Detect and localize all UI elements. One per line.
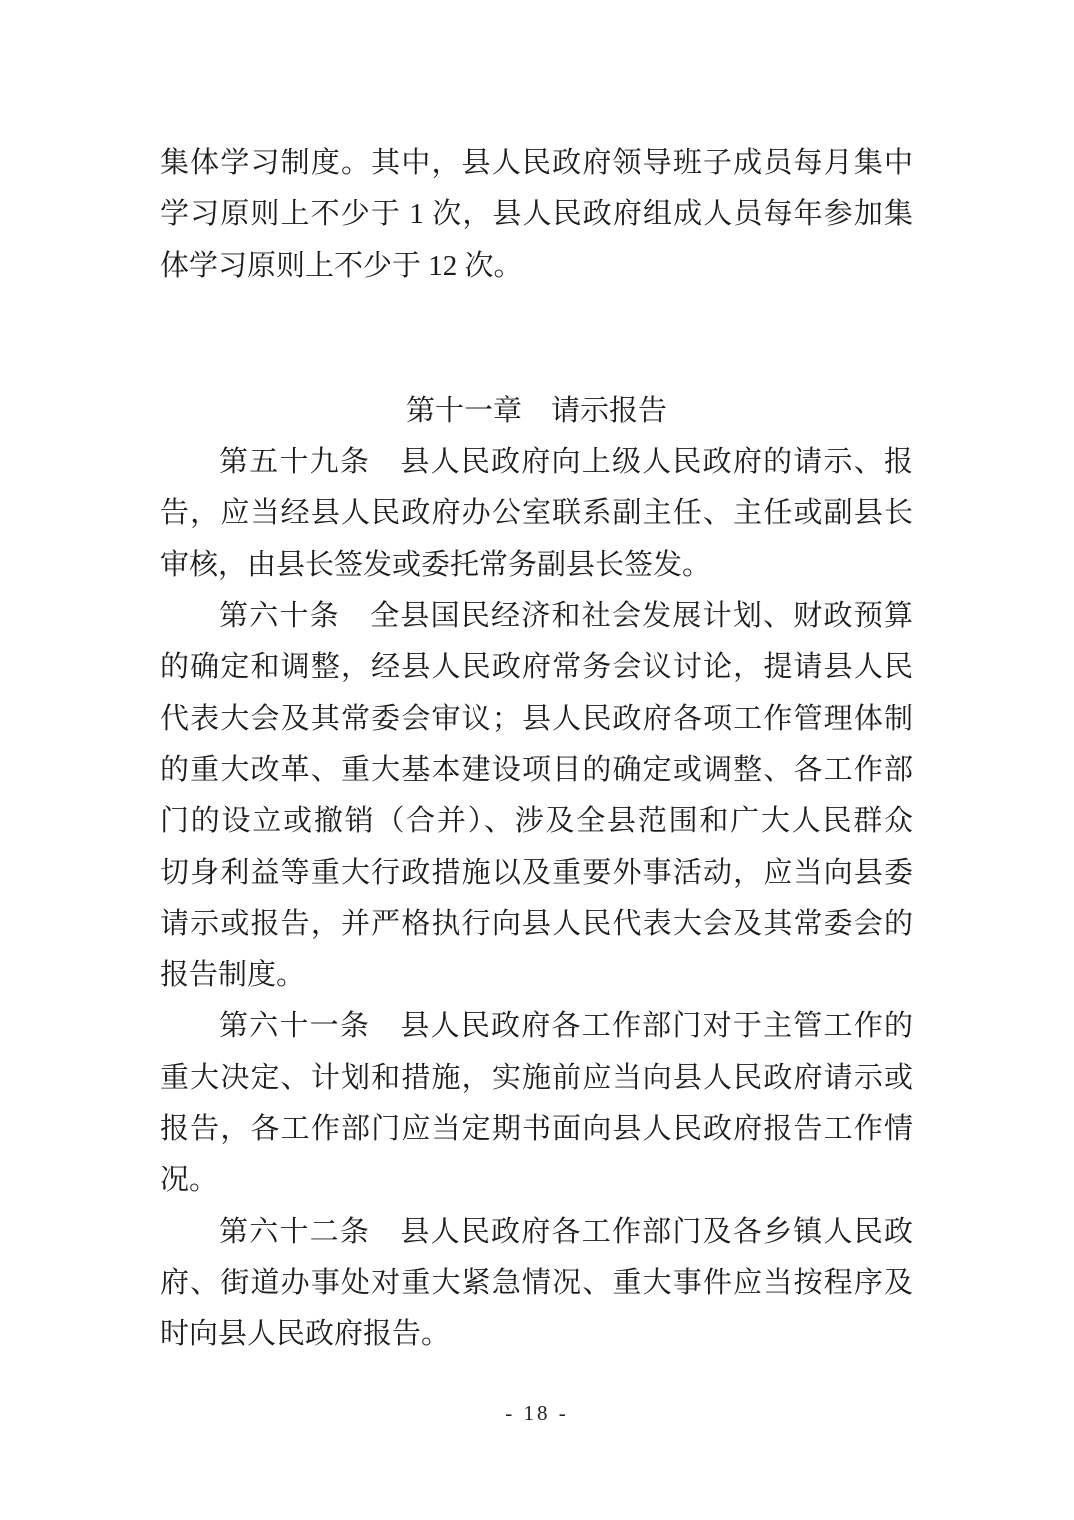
text-line: 第六十二条 县人民政府各工作部门及各乡镇人民政 — [160, 1207, 913, 1258]
text-line: 告，应当经县人民政府办公室联系副主任、主任或副县长 — [160, 488, 913, 539]
article-60: 第六十条 全县国民经济和社会发展计划、财政预算 的确定和调整，经县人民政府常务会… — [160, 591, 913, 1001]
text-line: 第六十条 全县国民经济和社会发展计划、财政预算 — [160, 591, 913, 642]
text-line: 第五十九条 县人民政府向上级人民政府的请示、报 — [160, 437, 913, 488]
text-line: 体学习原则上不少于 12 次。 — [160, 241, 913, 292]
page-number: - 18 - — [505, 1401, 569, 1425]
text-line: 重大决定、计划和措施，实施前应当向县人民政府请示或 — [160, 1053, 913, 1104]
text-line: 府、街道办事处对重大紧急情况、重大事件应当按程序及 — [160, 1258, 913, 1309]
text-line: 报告制度。 — [160, 950, 913, 1001]
article-61: 第六十一条 县人民政府各工作部门对于主管工作的 重大决定、计划和措施，实施前应当… — [160, 1001, 913, 1206]
text-line: 集体学习制度。其中，县人民政府领导班子成员每月集中 — [160, 138, 913, 189]
intro-paragraph: 集体学习制度。其中，县人民政府领导班子成员每月集中 学习原则上不少于 1 次，县… — [160, 138, 913, 292]
page-footer: - 18 - — [0, 1398, 1074, 1428]
text-line: 代表大会及其常委会审议；县人民政府各项工作管理体制 — [160, 694, 913, 745]
text-line: 况。 — [160, 1155, 913, 1206]
text-line: 学习原则上不少于 1 次，县人民政府组成人员每年参加集 — [160, 189, 913, 240]
chapter-heading: 第十一章 请示报告 — [160, 386, 913, 437]
text-line: 请示或报告，并严格执行向县人民代表大会及其常委会的 — [160, 899, 913, 950]
article-62: 第六十二条 县人民政府各工作部门及各乡镇人民政 府、街道办事处对重大紧急情况、重… — [160, 1207, 913, 1361]
text-line: 切身利益等重大行政措施以及重要外事活动，应当向县委 — [160, 848, 913, 899]
text-line: 门的设立或撤销（合并）、涉及全县范围和广大人民群众 — [160, 796, 913, 847]
text-line: 第六十一条 县人民政府各工作部门对于主管工作的 — [160, 1001, 913, 1052]
text-line: 报告，各工作部门应当定期书面向县人民政府报告工作情 — [160, 1104, 913, 1155]
text-line: 的确定和调整，经县人民政府常务会议讨论，提请县人民 — [160, 642, 913, 693]
document-body: 集体学习制度。其中，县人民政府领导班子成员每月集中 学习原则上不少于 1 次，县… — [160, 138, 913, 1361]
text-line: 时向县人民政府报告。 — [160, 1309, 913, 1360]
document-page: 集体学习制度。其中，县人民政府领导班子成员每月集中 学习原则上不少于 1 次，县… — [0, 0, 1074, 1520]
vertical-spacer — [160, 292, 913, 386]
article-59: 第五十九条 县人民政府向上级人民政府的请示、报 告，应当经县人民政府办公室联系副… — [160, 437, 913, 591]
text-line: 的重大改革、重大基本建设项目的确定或调整、各工作部 — [160, 745, 913, 796]
text-line: 审核，由县长签发或委托常务副县长签发。 — [160, 540, 913, 591]
